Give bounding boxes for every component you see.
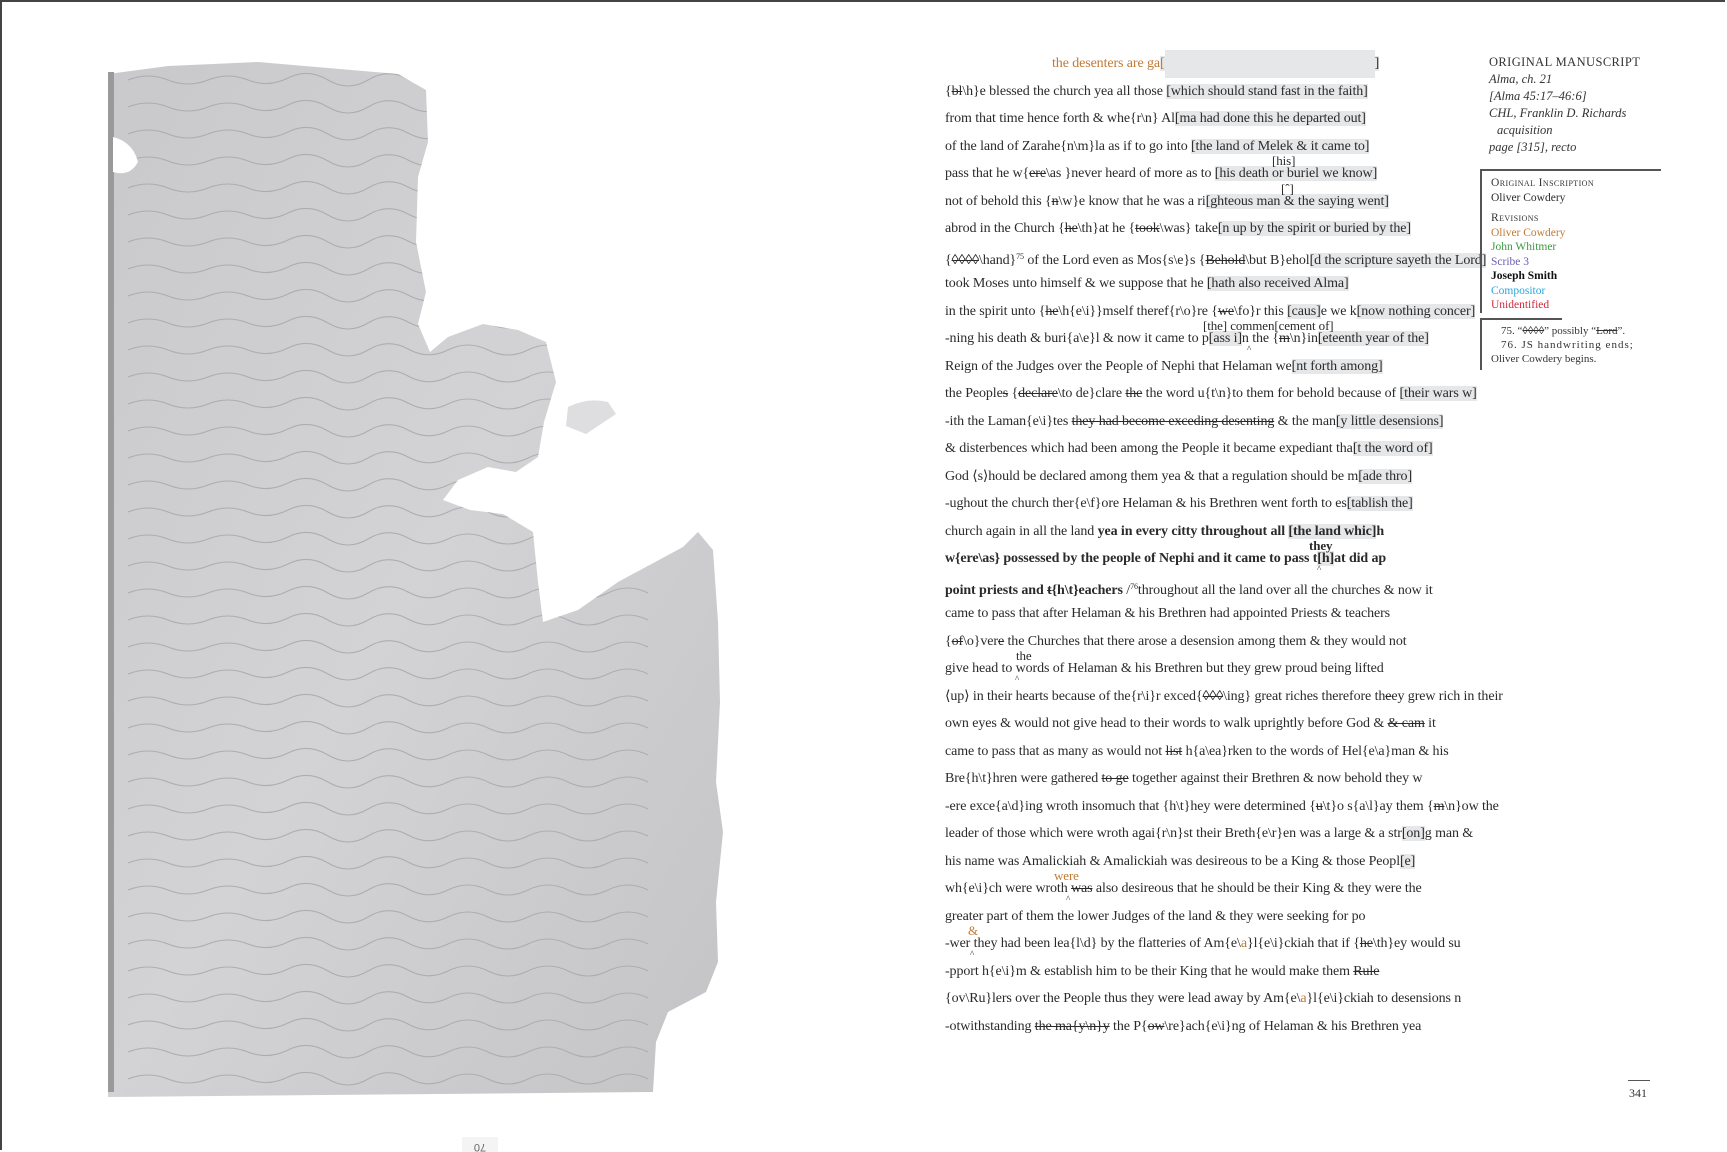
line-segment: \to de}clare bbox=[1058, 386, 1126, 401]
line-segment: t bbox=[1047, 583, 1052, 598]
line-segment: n bbox=[1052, 194, 1059, 209]
transcription-line: own eyes & would not give head to their … bbox=[945, 710, 1505, 738]
line-segment: wh{e\i}ch were wroth bbox=[945, 881, 1071, 896]
interlinear-insertion: they bbox=[1309, 539, 1332, 552]
line-segment: { bbox=[945, 634, 952, 649]
line-segment: the People bbox=[945, 386, 1003, 401]
transcription-line: abrod in the Church {he\th}at he {took\w… bbox=[945, 215, 1505, 243]
line-segment: declare bbox=[1018, 386, 1058, 401]
line-segment: throughout all the land over all the chu… bbox=[1138, 583, 1433, 598]
line-segment: \was} take bbox=[1160, 221, 1218, 236]
line-segment: & disterbences which had been among the … bbox=[945, 441, 1353, 456]
line-segment: 75 bbox=[1016, 252, 1024, 261]
transcription-line: of the land of Zarahe{n\m}la as if to go… bbox=[945, 133, 1505, 161]
transcription-line: -otwithstanding the ma{y\n}y the P{ow\re… bbox=[945, 1013, 1505, 1041]
transcription-line: {bl\h}e blessed the church yea all those… bbox=[945, 78, 1505, 106]
transcription-line: -wer they had been lea{l\d} by the flatt… bbox=[945, 930, 1505, 958]
line-segment: the word u{t\n}to them for behold becaus… bbox=[1142, 386, 1399, 401]
line-segment: leader of those which were wroth agai{r\… bbox=[945, 826, 1402, 841]
line-segment: m bbox=[1434, 799, 1445, 814]
interlinear-insertion: [ˆ] bbox=[1281, 182, 1294, 195]
line-segment: -ere exce{a\d}ing wroth insomuch that {h… bbox=[945, 799, 1316, 814]
line-segment: the Churches that there arose a desensio… bbox=[1004, 634, 1406, 649]
line-segment: Behold bbox=[1205, 253, 1245, 268]
inscription-scribe: Oliver Cowdery bbox=[1491, 191, 1661, 206]
line-segment: \ing} great riches therefore th bbox=[1223, 689, 1385, 704]
line-segment: his name was Amalickiah & Amalickiah was… bbox=[945, 854, 1400, 869]
page-number: 341 bbox=[1629, 1086, 1647, 1101]
line-segment: [y little desensions] bbox=[1336, 414, 1444, 429]
line-segment: w{ere\as} possessed by the people of Nep… bbox=[945, 551, 1317, 566]
line-segment: \hand} bbox=[979, 253, 1016, 268]
line-segment: \h{e\i}}mself theref{r\o}re { bbox=[1058, 304, 1217, 319]
transcription-line: -ning his death & buri{a\e}l & now it ca… bbox=[945, 325, 1505, 353]
transcription-line: give head to words of Helaman & his Bret… bbox=[945, 655, 1505, 683]
line-segment: & cam bbox=[1388, 716, 1425, 731]
transcription-line: Reign of the Judges over the People of N… bbox=[945, 353, 1505, 381]
source-page: page [315], recto bbox=[1489, 139, 1659, 156]
line-segment: took bbox=[1135, 221, 1160, 236]
transcription-line: -pport h{e\i}m & establish him to be the… bbox=[945, 958, 1505, 986]
line-segment: 76 bbox=[1130, 582, 1138, 591]
line-segment: [his death or buriel we know] bbox=[1215, 166, 1377, 181]
line-segment: in the spirit unto { bbox=[945, 304, 1045, 319]
footnote-76: 76. JS handwriting ends; bbox=[1491, 338, 1671, 352]
transcription-line: {◊◊◊◊\hand}75 of the Lord even as Mos{s\… bbox=[945, 243, 1505, 271]
lacuna-gap bbox=[1165, 50, 1375, 78]
line-segment: [caus] bbox=[1287, 304, 1321, 319]
key-oliver-cowdery: Oliver Cowdery bbox=[1491, 226, 1661, 241]
line-segment: of bbox=[952, 634, 963, 649]
transcription-line: God ⟨s⟩hould be declared among them yea … bbox=[945, 463, 1505, 491]
line-segment: he bbox=[1360, 936, 1373, 951]
key-scribe-3: Scribe 3 bbox=[1491, 255, 1661, 270]
transcription-line: Bre{h\t}hren were gathered to ge togethe… bbox=[945, 765, 1505, 793]
line-segment: [their wars w] bbox=[1400, 386, 1477, 401]
line-segment: ◊◊◊◊ bbox=[952, 253, 979, 268]
line-segment: greater part of them the lower Judges of… bbox=[945, 909, 1365, 924]
inscription-heading: Original Inscription bbox=[1491, 176, 1661, 191]
line-segment: {ov\Ru}lers over the People thus they we… bbox=[945, 991, 1300, 1006]
interlinear-insertion: the bbox=[1016, 649, 1032, 662]
line-segment: [ghteous man & the saying went] bbox=[1206, 194, 1389, 209]
line-segment: }l{e\i}ckiah to desensions n bbox=[1307, 991, 1462, 1006]
line-segment: u bbox=[1316, 799, 1323, 814]
transcription-line: -ere exce{a\d}ing wroth insomuch that {h… bbox=[945, 793, 1505, 821]
line-segment: we bbox=[1218, 304, 1234, 319]
line-segment: ] bbox=[1375, 56, 1380, 71]
line-segment: }l{e\i}ckiah that if { bbox=[1247, 936, 1360, 951]
line-segment: \w}e know that he was a ri bbox=[1059, 194, 1206, 209]
source-chapter: Alma, ch. 21 bbox=[1489, 71, 1659, 88]
line-segment: e we k bbox=[1321, 304, 1357, 319]
scribe-key: Original Inscription Oliver Cowdery Revi… bbox=[1480, 169, 1661, 313]
line-segment: from that time hence forth & whe{r\n} Al bbox=[945, 111, 1175, 126]
line-segment: [n up by the spirit or buried by the] bbox=[1218, 221, 1411, 236]
transcription-line: leader of those which were wroth agai{r\… bbox=[945, 820, 1505, 848]
transcription-line: pass that he w{ere\as }never heard of mo… bbox=[945, 160, 1505, 188]
line-segment: -ughout the church ther{e\f}ore Helaman … bbox=[945, 496, 1347, 511]
line-segment: point priests and bbox=[945, 583, 1047, 598]
line-segment: came to pass that as many as would not bbox=[945, 744, 1165, 759]
line-segment: own eyes & would not give head to their … bbox=[945, 716, 1388, 731]
line-segment: of the land of Zarahe{n\m}la as if to go… bbox=[945, 139, 1191, 154]
transcription-line: {ov\Ru}lers over the People thus they we… bbox=[945, 985, 1505, 1013]
transcription-line: ⟨up⟩ in their hearts because of the{r\i}… bbox=[945, 683, 1505, 711]
line-segment: m bbox=[1279, 331, 1290, 346]
manuscript-photo: 70 bbox=[108, 62, 748, 1097]
line-segment: \n}ow the bbox=[1444, 799, 1498, 814]
source-verses: [Alma 45:17–46:6] bbox=[1489, 88, 1659, 105]
interlinear-insertion: [the] commen[cement of] bbox=[1203, 319, 1334, 332]
line-segment: { bbox=[945, 84, 952, 99]
footnotes: 75. “◊◊◊◊” possibly “Lord”. 76. JS handw… bbox=[1480, 320, 1671, 370]
line-segment: abrod in the Church { bbox=[945, 221, 1065, 236]
line-segment: was bbox=[1071, 881, 1092, 896]
line-segment: the P{ bbox=[1110, 1019, 1148, 1034]
key-john-whitmer: John Whitmer bbox=[1491, 240, 1661, 255]
line-segment: [eteenth year of the] bbox=[1318, 331, 1429, 346]
line-segment: g man & bbox=[1425, 826, 1473, 841]
line-segment: to ge bbox=[1102, 771, 1129, 786]
line-segment: he bbox=[1065, 221, 1078, 236]
transcription-line: -ith the Laman{e\i}tes they had become e… bbox=[945, 408, 1505, 436]
line-segment: God ⟨s⟩hould be declared among them yea … bbox=[945, 469, 1358, 484]
transcription-line: the desenters are ga[] bbox=[945, 50, 1505, 78]
transcription-line: not of behold this {n\w}e know that he w… bbox=[945, 188, 1505, 216]
line-segment: they had become exceding desenting bbox=[1072, 414, 1275, 429]
line-segment: { bbox=[1008, 386, 1018, 401]
line-segment: it bbox=[1425, 716, 1436, 731]
line-segment: [ass i] bbox=[1209, 331, 1242, 346]
manuscript-page-tag: 70 bbox=[462, 1137, 498, 1152]
line-segment: Bre{h\t}hren were gathered bbox=[945, 771, 1102, 786]
line-segment: came to pass that after Helaman & his Br… bbox=[945, 606, 1390, 621]
line-segment: h{a\ea}rken to the words of Hel{e\a}man … bbox=[1182, 744, 1448, 759]
transcription-line: took Moses unto himself & we suppose tha… bbox=[945, 270, 1505, 298]
line-segment: [e] bbox=[1400, 854, 1415, 869]
footnote-75: 75. “◊◊◊◊” possibly “Lord”. bbox=[1491, 324, 1671, 338]
line-segment: [t the word of] bbox=[1353, 441, 1433, 456]
line-segment: a bbox=[1300, 991, 1306, 1006]
transcription-line: the Peoples {declare\to de}clare the the… bbox=[945, 380, 1505, 408]
transcription-text: the desenters are ga[]{bl\h}e blessed th… bbox=[945, 50, 1505, 1040]
transcription-line: came to pass that after Helaman & his Br… bbox=[945, 600, 1505, 628]
line-segment: [ma had done this he departed out] bbox=[1175, 111, 1366, 126]
transcription-line: church again in all the land yea in ever… bbox=[945, 518, 1505, 546]
interlinear-insertion: & bbox=[968, 924, 978, 937]
line-segment: ◊◊◊ bbox=[1203, 689, 1223, 704]
line-segment: \t}o s{a\l}ay them { bbox=[1323, 799, 1434, 814]
line-segment: [the land whic] bbox=[1288, 524, 1376, 539]
interlinear-insertion: [his] bbox=[1272, 154, 1295, 167]
line-segment: of the Lord even as Mos{s\e}s { bbox=[1024, 253, 1205, 268]
line-segment: \re}ach{e\i}ng of Helaman & his Brethren… bbox=[1164, 1019, 1421, 1034]
line-segment: -otwithstanding bbox=[945, 1019, 1035, 1034]
line-segment: & the man bbox=[1274, 414, 1336, 429]
line-segment: \th}at he { bbox=[1078, 221, 1135, 236]
line-segment: -pport h{e\i}m & establish him to be the… bbox=[945, 964, 1353, 979]
line-segment: [on] bbox=[1402, 826, 1425, 841]
line-segment: \n}in bbox=[1290, 331, 1318, 346]
line-segment: \as }never heard of more as to bbox=[1046, 166, 1215, 181]
line-segment: list bbox=[1165, 744, 1182, 759]
line-segment: [the land of Melek & it came to] bbox=[1191, 139, 1369, 154]
line-segment: \o}ver bbox=[963, 634, 998, 649]
footnote-76-cont: Oliver Cowdery begins. bbox=[1491, 352, 1671, 366]
line-segment: Reign of the Judges over the People of N… bbox=[945, 359, 1292, 374]
line-segment: give head to words of Helaman & his Bret… bbox=[945, 661, 1384, 676]
source-title: ORIGINAL MANUSCRIPT bbox=[1489, 54, 1659, 71]
line-segment: at did ap bbox=[1334, 551, 1386, 566]
line-segment: ere bbox=[1029, 166, 1046, 181]
transcription-line: w{ere\as} possessed by the people of Nep… bbox=[945, 545, 1505, 573]
transcription-line: & disterbences which had been among the … bbox=[945, 435, 1505, 463]
line-segment: also desireous that he should be their K… bbox=[1093, 881, 1422, 896]
line-segment: took Moses unto himself & we suppose tha… bbox=[945, 276, 1207, 291]
line-segment: \but B}ehol bbox=[1245, 253, 1309, 268]
line-segment: [d the scripture sayeth the Lord] bbox=[1310, 253, 1487, 268]
line-segment: he bbox=[1045, 304, 1058, 319]
line-segment: \h}e blessed the church yea all those bbox=[962, 84, 1166, 99]
revisions-heading: Revisions bbox=[1491, 211, 1661, 226]
line-segment: [now nothing concer] bbox=[1357, 304, 1476, 319]
transcription-line: -ughout the church ther{e\f}ore Helaman … bbox=[945, 490, 1505, 518]
line-segment: pass that he w{ bbox=[945, 166, 1029, 181]
line-segment: bl bbox=[952, 84, 963, 99]
transcription-line: wh{e\i}ch were wroth was also desireous … bbox=[945, 875, 1505, 903]
line-segment: church again in all the land bbox=[945, 524, 1098, 539]
line-segment: -wer they had been lea{l\d} by the flatt… bbox=[945, 936, 1241, 951]
line-segment: ⟨up⟩ in their hearts because of the{r\i}… bbox=[945, 689, 1203, 704]
line-segment: the bbox=[1125, 386, 1142, 401]
line-segment: [tablish the] bbox=[1347, 496, 1413, 511]
line-segment: \th}ey would su bbox=[1373, 936, 1461, 951]
line-segment: yea in every citty throughout all bbox=[1098, 524, 1289, 539]
line-segment: not of behold this { bbox=[945, 194, 1052, 209]
line-segment: -ning his death & buri{a\e}l & now it ca… bbox=[945, 331, 1209, 346]
line-segment: / bbox=[1123, 583, 1130, 598]
line-segment: [ade thro] bbox=[1358, 469, 1412, 484]
line-segment: [which should stand fast in the faith] bbox=[1166, 84, 1368, 99]
line-segment: -ith the Laman{e\i}tes bbox=[945, 414, 1072, 429]
manuscript-leaf-shape bbox=[108, 62, 748, 1097]
line-segment: together against their Brethren & now be… bbox=[1129, 771, 1423, 786]
source-note: ORIGINAL MANUSCRIPT Alma, ch. 21 [Alma 4… bbox=[1489, 54, 1659, 156]
source-collection-cont: acquisition bbox=[1489, 122, 1659, 139]
key-compositor: Compositor bbox=[1491, 284, 1661, 299]
transcription-line: greater part of them the lower Judges of… bbox=[945, 903, 1505, 931]
line-segment: the ma{y\n}y bbox=[1035, 1019, 1110, 1034]
key-unidentified: Unidentified bbox=[1491, 298, 1661, 313]
transcription-line: from that time hence forth & whe{r\n} Al… bbox=[945, 105, 1505, 133]
line-segment: h bbox=[1376, 524, 1384, 539]
page-number-rule bbox=[1628, 1080, 1650, 1081]
line-segment: Rule bbox=[1353, 964, 1379, 979]
source-collection: CHL, Franklin D. Richards bbox=[1489, 105, 1659, 122]
line-segment: ey grew rich in their bbox=[1391, 689, 1502, 704]
line-segment: { bbox=[945, 253, 952, 268]
line-segment: the desenters are ga bbox=[1052, 56, 1160, 71]
line-segment: {h\t}eachers bbox=[1052, 583, 1123, 598]
transcription-line: point priests and t{h\t}eachers /76throu… bbox=[945, 573, 1505, 601]
key-joseph-smith: Joseph Smith bbox=[1491, 269, 1661, 284]
line-segment: [hath also received Alma] bbox=[1207, 276, 1349, 291]
line-segment: ow bbox=[1148, 1019, 1165, 1034]
line-segment: [nt forth among] bbox=[1292, 359, 1383, 374]
line-segment: \fo}r this bbox=[1234, 304, 1287, 319]
interlinear-insertion: were bbox=[1054, 869, 1079, 882]
transcription-line: came to pass that as many as would not l… bbox=[945, 738, 1505, 766]
transcription-line: his name was Amalickiah & Amalickiah was… bbox=[945, 848, 1505, 876]
